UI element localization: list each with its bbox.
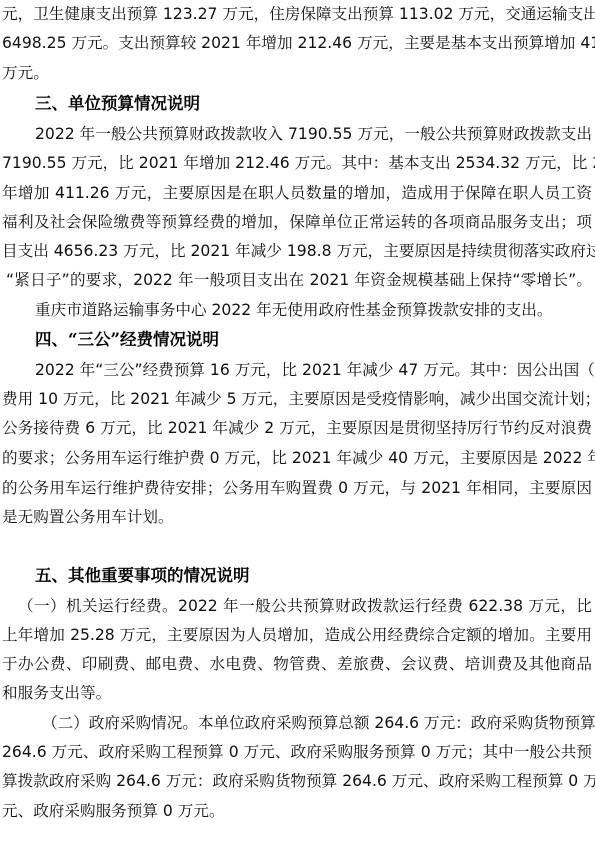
body-text-line: 2022 年“三公”经费预算 16 万元，比 2021 年减少 47 万元。其中… xyxy=(35,358,592,382)
body-text-line: 公务接待费 6 万元，比 2021 年减少 2 万元，主要原因是贯彻坚持厉行节约… xyxy=(2,416,592,440)
body-text-line: 目支出 4656.23 万元，比 2021 年减少 198.8 万元，主要原因是… xyxy=(2,239,592,263)
section-heading-unit-budget: 三、单位预算情况说明 xyxy=(35,91,200,117)
document-page: 元，卫生健康支出预算 123.27 万元，住房保障支出预算 113.02 万元，… xyxy=(0,0,595,846)
body-text-line: 元、政府采购服务预算 0 万元。 xyxy=(2,799,592,823)
body-text-line: 2022 年一般公共预算财政拨款收入 7190.55 万元，一般公共预算财政拨款… xyxy=(35,122,592,146)
body-text-line: 元，卫生健康支出预算 123.27 万元，住房保障支出预算 113.02 万元，… xyxy=(2,2,592,26)
body-text-line: 重庆市道路运输事务中心 2022 年无使用政府性基金预算拨款安排的支出。 xyxy=(35,298,592,322)
body-text-line: 是无购置公务用车计划。 xyxy=(2,505,592,529)
body-text-line: 6498.25 万元。支出预算较 2021 年增加 212.46 万元，主要是基… xyxy=(2,31,592,55)
body-text-line: 7190.55 万元，比 2021 年增加 212.46 万元。其中：基本支出 … xyxy=(2,151,592,175)
body-text-line: 年增加 411.26 万元，主要原因是在职人员数量的增加，造成用于保障在职人员工… xyxy=(2,181,592,205)
body-text-line: 和服务支出等。 xyxy=(2,681,592,705)
section-heading-three-public-expenses: 四、“三公”经费情况说明 xyxy=(35,327,219,353)
body-text-line: 算拨款政府采购 264.6 万元：政府采购货物预算 264.6 万元、政府采购工… xyxy=(2,769,592,793)
body-text-line: 费用 10 万元，比 2021 年减少 5 万元，主要原因是受疫情影响，减少出国… xyxy=(2,387,592,411)
section-heading-other-matters: 五、其他重要事项的情况说明 xyxy=(35,563,250,589)
body-text-line: 的公务用车运行维护费待安排；公务用车购置费 0 万元，与 2021 年相同，主要… xyxy=(2,476,592,500)
body-text-line: 于办公费、印刷费、邮电费、水电费、物管费、差旅费、会议费、培训费及其他商品 xyxy=(2,652,592,676)
body-text-line: 万元。 xyxy=(2,61,592,85)
body-text-line: （一）机关运行经费。2022 年一般公共预算财政拨款运行经费 622.38 万元… xyxy=(18,594,592,618)
body-text-line: 上年增加 25.28 万元，主要原因为人员增加，造成公用经费综合定额的增加。主要… xyxy=(2,623,592,647)
body-text-line: 福利及社会保险缴费等预算经费的增加，保障单位正常运转的各项商品服务支出；项 xyxy=(2,210,592,234)
body-text-line: 的要求；公务用车运行维护费 0 万元，比 2021 年减少 40 万元，主要原因… xyxy=(2,446,592,470)
body-text-line: “紧日子”的要求，2022 年一般项目支出在 2021 年资金规模基础上保持“零… xyxy=(6,268,592,292)
body-text-line: 264.6 万元、政府采购工程预算 0 万元、政府采购服务预算 0 万元；其中一… xyxy=(2,740,592,764)
body-text-line: （二）政府采购情况。本单位政府采购预算总额 264.6 万元：政府采购货物预算 xyxy=(42,711,592,735)
